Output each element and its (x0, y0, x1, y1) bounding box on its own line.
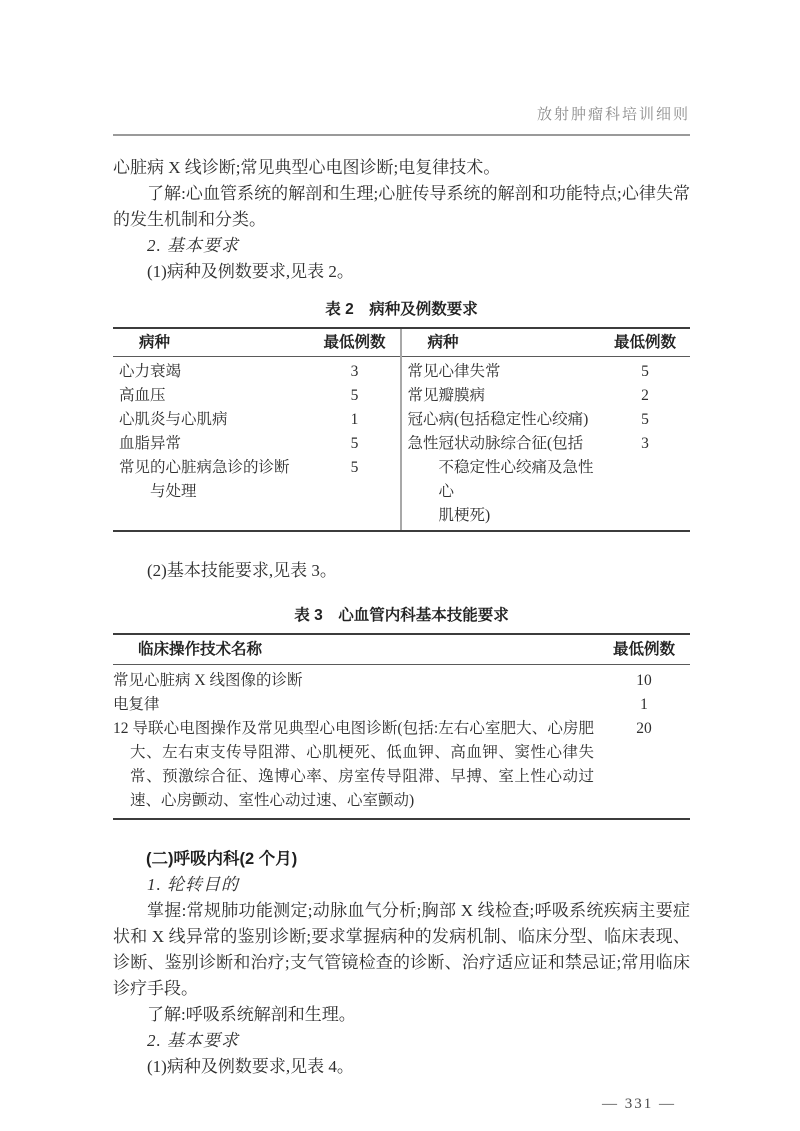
table-row: 常见心律失常 5 (402, 360, 691, 384)
table-row: 常见心脏病 X 线图像的诊断 10 (113, 669, 690, 693)
table3: 临床操作技术名称 最低例数 常见心脏病 X 线图像的诊断 10 电复律 1 12… (113, 633, 690, 820)
min-cases-cell: 3 (310, 360, 400, 384)
table2-left-header-row: 病种 最低例数 (113, 329, 400, 357)
min-cases-cell: 20 (598, 717, 690, 741)
list-item-case-requirements: (1)病种及例数要求,见表 2。 (113, 259, 690, 285)
min-cases-cell: 5 (310, 384, 400, 408)
table2-left-half: 病种 最低例数 心力衰竭 3 高血压 5 心肌炎与心肌病 1 血脂异常 (113, 329, 402, 530)
table2: 病种 最低例数 心力衰竭 3 高血压 5 心肌炎与心肌病 1 血脂异常 (113, 327, 690, 532)
min-cases-cell: 10 (598, 669, 690, 693)
disease-name-cell: 常见的心脏病急诊的诊断 与处理 (113, 456, 310, 504)
table3-title: 表 3 心血管内科基本技能要求 (113, 606, 690, 626)
table3-body: 常见心脏病 X 线图像的诊断 10 电复律 1 12 导联心电图操作及常见典型心… (113, 665, 690, 818)
page-number: — 331 — (113, 1096, 690, 1113)
table-row: 急性冠状动脉综合征(包括 不稳定性心绞痛及急性心 肌梗死) 3 (402, 432, 691, 528)
min-cases-cell: 5 (600, 408, 690, 432)
disease-name-cell: 常见心律失常 (402, 360, 601, 384)
table3-header-row: 临床操作技术名称 最低例数 (113, 635, 690, 665)
list-item-case-requirements: (1)病种及例数要求,见表 4。 (113, 1054, 690, 1080)
table-row: 常见的心脏病急诊的诊断 与处理 5 (113, 456, 400, 504)
column-header-disease: 病种 (402, 330, 601, 355)
disease-name-cell: 高血压 (113, 384, 310, 408)
skill-name-cell: 12 导联心电图操作及常见典型心电图诊断(包括:左右心室肥大、心房肥大、左右束支… (113, 717, 598, 813)
table-row: 心肌炎与心肌病 1 (113, 408, 400, 432)
min-cases-cell: 1 (310, 408, 400, 432)
list-item-basic-requirements: 2. 基本要求 (113, 1028, 690, 1054)
skill-name-cell: 常见心脏病 X 线图像的诊断 (113, 669, 598, 693)
disease-name-cell: 心力衰竭 (113, 360, 310, 384)
table-row: 12 导联心电图操作及常见典型心电图诊断(包括:左右心室肥大、心房肥大、左右束支… (113, 717, 690, 813)
paragraph-resp-understand: 了解:呼吸系统解剖和生理。 (113, 1002, 690, 1028)
table2-title: 表 2 病种及例数要求 (113, 300, 690, 320)
min-cases-cell: 5 (310, 432, 400, 456)
disease-name-cell: 常见瓣膜病 (402, 384, 601, 408)
table-row: 血脂异常 5 (113, 432, 400, 456)
section-heading-respiratory: (二)呼吸内科(2 个月) (113, 846, 690, 872)
column-header-disease: 病种 (113, 330, 310, 355)
table2-right-half: 病种 最低例数 常见心律失常 5 常见瓣膜病 2 冠心病(包括稳定性心绞痛) 5… (402, 329, 691, 530)
column-header-min-cases: 最低例数 (310, 330, 400, 355)
disease-name-cell: 心肌炎与心肌病 (113, 408, 310, 432)
running-header: 放射肿瘤科培训细则 (113, 106, 690, 136)
min-cases-cell: 2 (600, 384, 690, 408)
min-cases-cell: 1 (598, 693, 690, 717)
column-header-min-cases: 最低例数 (600, 330, 690, 355)
paragraph-cardio-continued: 心脏病 X 线诊断;常见典型心电图诊断;电复律技术。 (113, 155, 690, 181)
paragraph-resp-master: 掌握:常规肺功能测定;动脉血气分析;胸部 X 线检查;呼吸系统疾病主要症状和 X… (113, 898, 690, 1002)
list-item-basic-requirements: 2. 基本要求 (113, 233, 690, 259)
running-header-title: 放射肿瘤科培训细则 (537, 107, 690, 123)
table-row: 高血压 5 (113, 384, 400, 408)
table-row: 电复律 1 (113, 693, 690, 717)
table-row: 常见瓣膜病 2 (402, 384, 691, 408)
min-cases-cell: 5 (310, 456, 400, 504)
column-header-min-cases: 最低例数 (598, 637, 690, 662)
min-cases-cell: 5 (600, 360, 690, 384)
min-cases-cell: 3 (600, 432, 690, 528)
table2-right-header-row: 病种 最低例数 (402, 329, 691, 357)
document-page: 放射肿瘤科培训细则 心脏病 X 线诊断;常见典型心电图诊断;电复律技术。 了解:… (0, 0, 800, 1131)
list-item-rotation-purpose: 1. 轮转目的 (113, 872, 690, 898)
skill-name-cell: 电复律 (113, 693, 598, 717)
table2-right-body: 常见心律失常 5 常见瓣膜病 2 冠心病(包括稳定性心绞痛) 5 急性冠状动脉综… (402, 357, 691, 530)
table2-left-body: 心力衰竭 3 高血压 5 心肌炎与心肌病 1 血脂异常 5 常见的心脏病急诊的诊… (113, 357, 400, 506)
paragraph-cardio-understand: 了解:心血管系统的解剖和生理;心脏传导系统的解剖和功能特点;心律失常的发生机制和… (113, 181, 690, 233)
disease-name-cell: 血脂异常 (113, 432, 310, 456)
list-item-skill-requirements: (2)基本技能要求,见表 3。 (113, 558, 690, 584)
table-row: 冠心病(包括稳定性心绞痛) 5 (402, 408, 691, 432)
disease-name-cell: 急性冠状动脉综合征(包括 不稳定性心绞痛及急性心 肌梗死) (402, 432, 601, 528)
disease-name-cell: 冠心病(包括稳定性心绞痛) (402, 408, 601, 432)
table-row: 心力衰竭 3 (113, 360, 400, 384)
column-header-skill-name: 临床操作技术名称 (113, 637, 598, 662)
